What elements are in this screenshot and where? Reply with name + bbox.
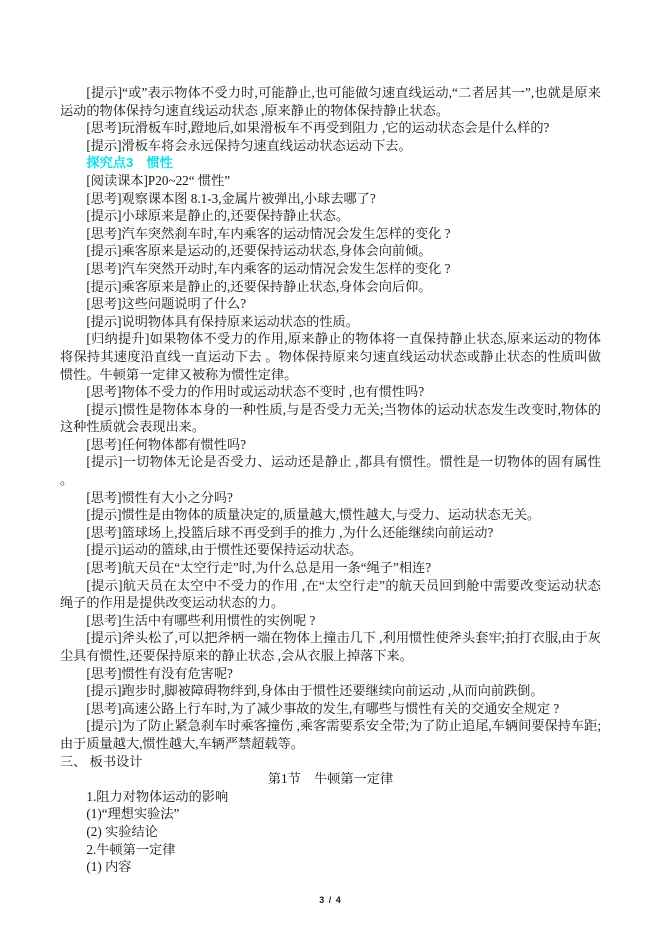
paragraph: [提示]说明物体具有保持原来运动状态的性质。 xyxy=(60,313,601,331)
paragraph: [思考]惯性有没有危害呢? xyxy=(60,665,601,683)
board-design-item: 1.阻力对物体运动的影响 xyxy=(60,788,601,806)
paragraph: [思考]生活中有哪些利用惯性的实例呢 ? xyxy=(60,612,601,630)
explore-point-heading: 探究点3 惯性 xyxy=(60,154,601,172)
paragraph: [思考]航天员在“太空行走”时,为什么总是用一条“绳子”相连? xyxy=(60,559,601,577)
paragraph: [提示]跑步时,脚被障碍物绊到,身体由于惯性还要继续向前运动 ,从而向前跌倒。 xyxy=(60,682,601,700)
board-design-item: (1)“理想实验法” xyxy=(60,805,601,823)
paragraph: [提示]惯性是物体本身的一种性质,与是否受力无关;当物体的运动状态发生改变时,物… xyxy=(60,401,601,436)
paragraph: [归纳提升]如果物体不受力的作用,原来静止的物体将一直保持静止状态,原来运动的物… xyxy=(60,330,601,383)
paragraph: [思考]惯性有大小之分吗? xyxy=(60,489,601,507)
paragraph: [提示]乘客原来是运动的,还要保持运动状态,身体会向前倾。 xyxy=(60,242,601,260)
paragraph: [思考]汽车突然开动时,车内乘客的运动情况会发生怎样的变化 ? xyxy=(60,260,601,278)
document-page: [提示]“或”表示物体不受力时,可能静止,也可能做匀速直线运动,“二者居其一”,… xyxy=(0,0,661,935)
paragraph: [思考]高速公路上行车时,为了减少事故的发生,有哪些与惯性有关的交通安全规定 ? xyxy=(60,700,601,718)
board-design-item: (1) 内容 xyxy=(60,858,601,876)
paragraph: [提示]小球原来是静止的,还要保持静止状态。 xyxy=(60,207,601,225)
paragraph: [提示]斧头松了,可以把斧柄一端在物体上撞击几下 ,利用惯性使斧头套牢;拍打衣服… xyxy=(60,629,601,664)
paragraph: [提示]惯性是由物体的质量决定的,质量越大,惯性越大,与受力、运动状态无关。 xyxy=(60,506,601,524)
board-design-item: 2.牛顿第一定律 xyxy=(60,841,601,859)
paragraph: [思考]玩滑板车时,蹬地后,如果滑板车不再受到阻力 ,它的运动状态会是什么样的? xyxy=(60,119,601,137)
paragraph: [提示]一切物体无论是否受力、运动还是静止 ,都具有惯性。惯性是一切物体的固有属… xyxy=(60,453,601,488)
section-heading-board-design: 三、 板书设计 xyxy=(60,753,601,771)
paragraph: [提示]乘客原来是静止的,还要保持静止状态,身体会向后仰。 xyxy=(60,278,601,296)
paragraph: [思考]篮球场上,投篮后球不再受到手的推力 ,为什么还能继续向前运动? xyxy=(60,524,601,542)
paragraph: [提示]运动的篮球,由于惯性还要保持运动状态。 xyxy=(60,541,601,559)
board-design-item: (2) 实验结论 xyxy=(60,823,601,841)
page-number: 3 / 4 xyxy=(0,895,661,905)
paragraph: [提示]航天员在太空中不受力的作用 ,在“太空行走”的航天员回到舱中需要改变运动… xyxy=(60,577,601,612)
document-body: [提示]“或”表示物体不受力时,可能静止,也可能做匀速直线运动,“二者居其一”,… xyxy=(60,84,601,876)
paragraph: [思考]观察课本图 8.1-3,金属片被弹出,小球去哪了? xyxy=(60,190,601,208)
paragraph: [提示]滑板车将会永远保持匀速直线运动状态运动下去。 xyxy=(60,137,601,155)
paragraph: [阅读课本]P20~22“ 惯性” xyxy=(60,172,601,190)
paragraph: [思考]汽车突然刹车时,车内乘客的运动情况会发生怎样的变化 ? xyxy=(60,225,601,243)
paragraph: [提示]为了防止紧急刹车时乘客撞伤 ,乘客需要系安全带;为了防止追尾,车辆间要保… xyxy=(60,717,601,752)
lesson-title: 第1节 牛顿第一定律 xyxy=(60,770,601,788)
paragraph: [提示]“或”表示物体不受力时,可能静止,也可能做匀速直线运动,“二者居其一”,… xyxy=(60,84,601,119)
paragraph: [思考]任何物体都有惯性吗? xyxy=(60,436,601,454)
paragraph: [思考]这些问题说明了什么? xyxy=(60,295,601,313)
paragraph: [思考]物体不受力的作用时或运动状态不变时 ,也有惯性吗? xyxy=(60,383,601,401)
